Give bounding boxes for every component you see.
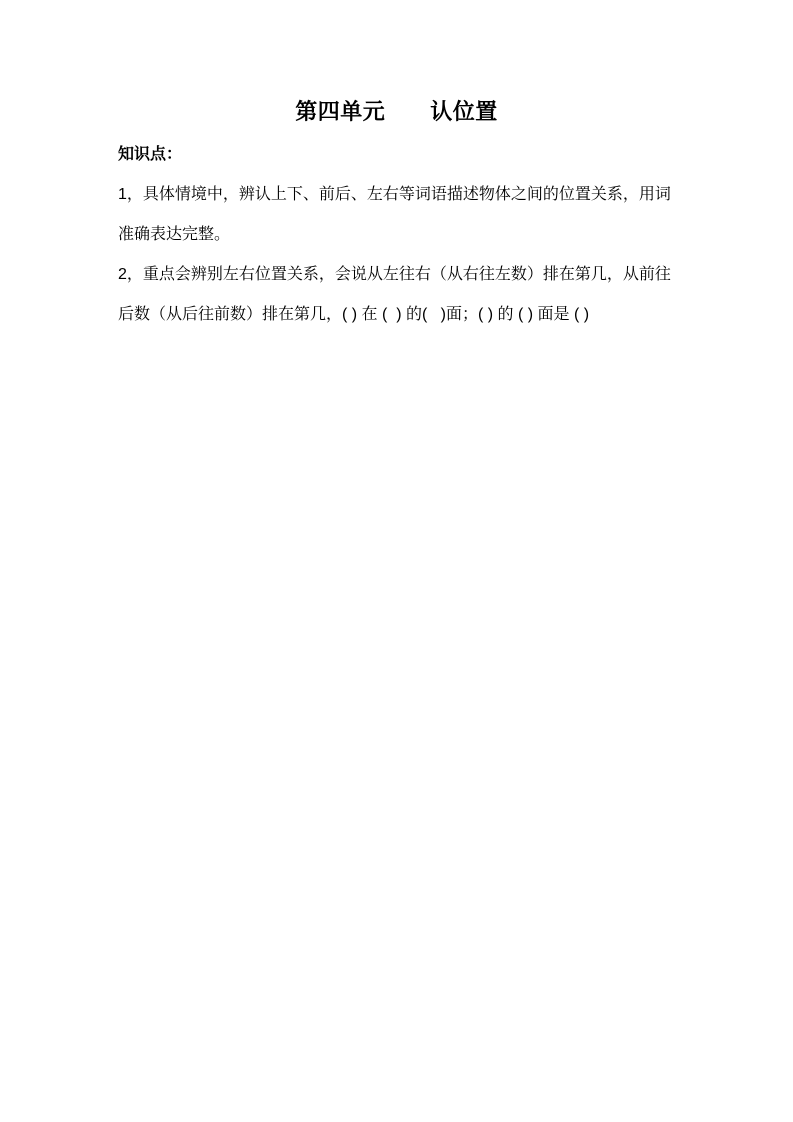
- knowledge-point-2-line-1: 2，重点会辨别左右位置关系，会说从左往右（从右往左数）排在第几，从前往: [118, 255, 675, 295]
- knowledge-points-heading: 知识点：: [118, 135, 675, 175]
- knowledge-point-1-line-1: 1，具体情境中，辨认上下、前后、左右等词语描述物体之间的位置关系，用词: [118, 175, 675, 215]
- knowledge-point-1-line-2: 准确表达完整。: [118, 215, 675, 255]
- document-page: 第四单元 认位置 知识点： 1，具体情境中，辨认上下、前后、左右等词语描述物体之…: [0, 0, 793, 1122]
- knowledge-point-2-line-2: 后数（从后往前数）排在第几，( ) 在 ( ) 的( )面；( ) 的 ( ) …: [118, 295, 675, 335]
- document-title: 第四单元 认位置: [0, 0, 793, 128]
- document-body: 知识点： 1，具体情境中，辨认上下、前后、左右等词语描述物体之间的位置关系，用词…: [118, 135, 675, 335]
